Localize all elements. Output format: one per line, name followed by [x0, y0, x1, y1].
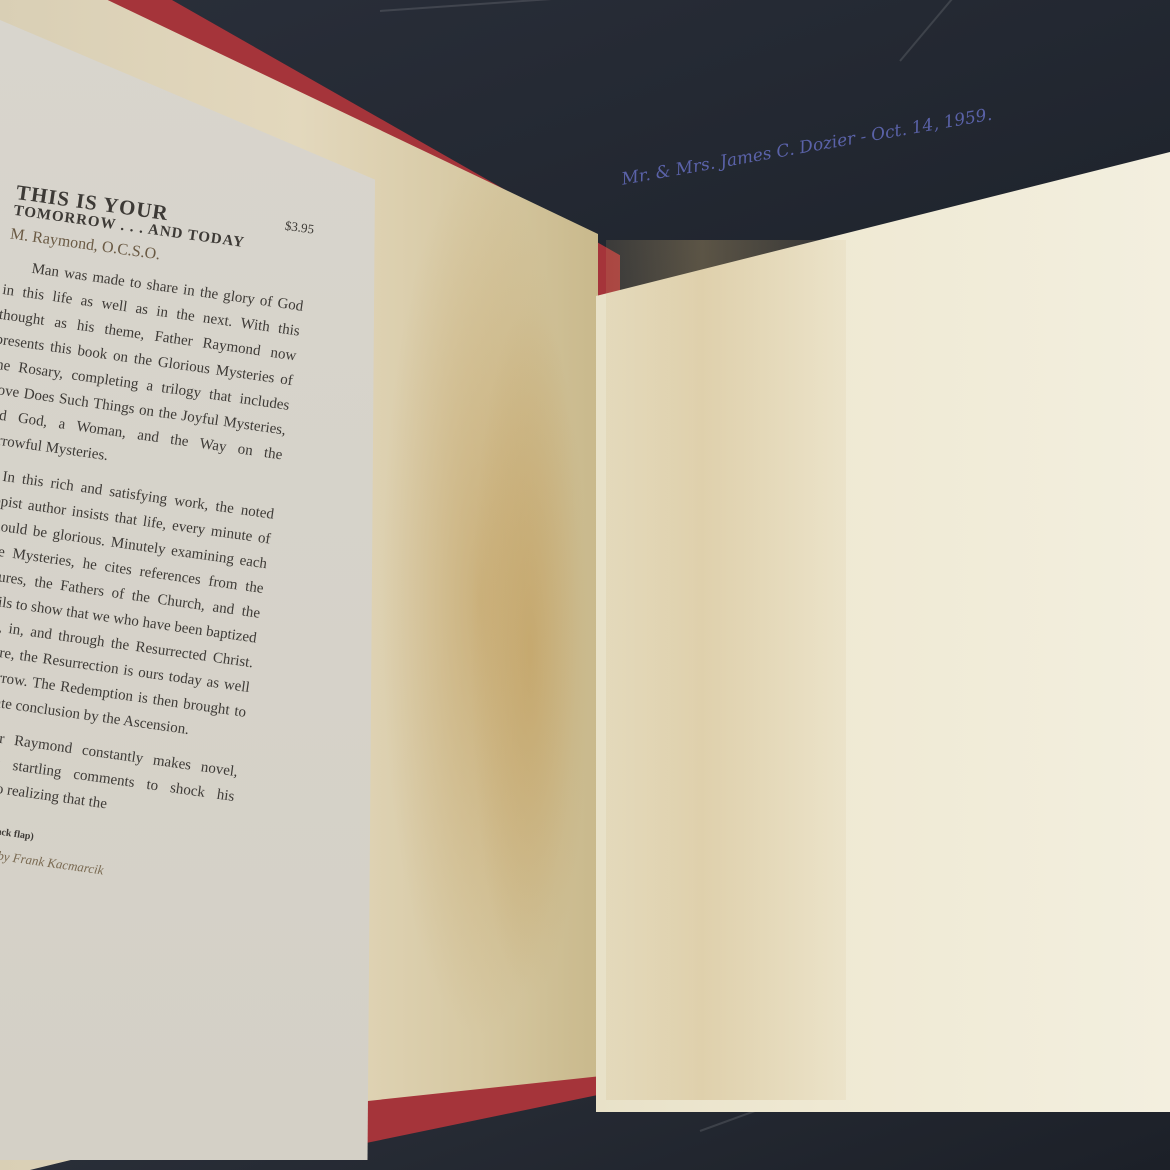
water-stain: [470, 300, 590, 1000]
handwritten-inscription: Mr. & Mrs. James C. Dozier - Oct. 14, 19…: [620, 105, 994, 190]
table-scratch: [899, 0, 1016, 62]
blurb-paragraph: Man was made to share in the glory of Go…: [0, 253, 305, 493]
blurb-paragraph: In this rich and satisfying work, the no…: [0, 461, 276, 750]
table-scratch: [380, 0, 600, 12]
endpaper-stain: [606, 240, 846, 1100]
open-book: Mr. & Mrs. James C. Dozier - Oct. 14, 19…: [0, 0, 1170, 1170]
